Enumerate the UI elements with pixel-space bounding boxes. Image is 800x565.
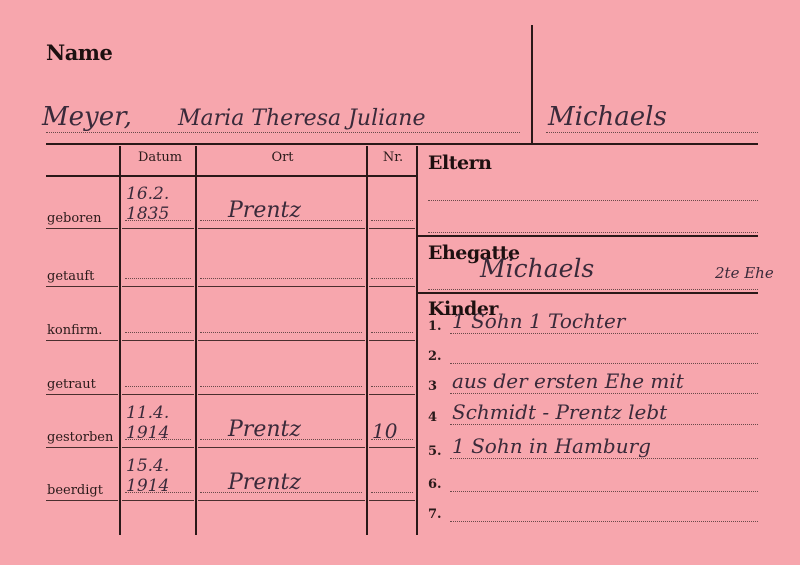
kinder-number: 5.	[428, 444, 442, 459]
kinder-dots	[450, 458, 758, 459]
row-rule	[46, 500, 118, 501]
row-label: gestorben	[47, 430, 113, 445]
ort-dots	[200, 278, 362, 279]
datum-rule	[122, 286, 194, 287]
kinder-text: 1 Sohn in Hamburg	[452, 434, 651, 458]
kinder-number: 4	[428, 410, 437, 425]
nr-rule	[369, 228, 415, 229]
name-label: Name	[46, 40, 112, 65]
kinder-number: 2.	[428, 349, 442, 364]
datum-rule	[122, 394, 194, 395]
kinder-number: 1.	[428, 319, 442, 334]
ort-value: Prentz	[228, 470, 301, 495]
datum-dots	[125, 278, 191, 279]
surname-handwritten: Meyer,	[42, 102, 132, 132]
ort-rule	[198, 228, 365, 229]
ort-rule	[198, 447, 365, 448]
datum-day: 16.2.	[126, 184, 169, 204]
ort-rule	[198, 340, 365, 341]
kinder-dots	[450, 521, 758, 522]
header-nr: Nr.	[368, 150, 418, 165]
ehegatte-line	[428, 289, 758, 290]
record-card: Name Meyer, Maria Theresa Juliane Michae…	[0, 0, 800, 565]
datum-day: 15.4.	[126, 456, 169, 476]
name-dotted-line	[46, 132, 520, 133]
kinder-text: aus der ersten Ehe mit	[452, 369, 684, 393]
kinder-number: 3	[428, 379, 437, 394]
married-name-handwritten: Michaels	[548, 102, 667, 132]
col-line-3	[366, 146, 368, 535]
datum-year: 1914	[126, 423, 169, 443]
nr-rule	[369, 286, 415, 287]
datum-rule	[122, 500, 194, 501]
kinder-text: 1 Sohn 1 Tochter	[452, 309, 625, 333]
datum-rule	[122, 228, 194, 229]
nr-dots	[371, 220, 413, 221]
datum-rule	[122, 340, 194, 341]
row-label: geboren	[47, 211, 101, 226]
datum-dots	[125, 332, 191, 333]
header-rule	[46, 175, 416, 177]
nr-value: 10	[372, 419, 397, 443]
row-rule	[46, 228, 118, 229]
row-label: beerdigt	[47, 483, 103, 498]
datum-rule	[122, 447, 194, 448]
datum-dots	[125, 386, 191, 387]
row-label: getauft	[47, 269, 94, 284]
given-names-handwritten: Maria Theresa Juliane	[178, 106, 425, 131]
kinder-text: Schmidt - Prentz lebt	[452, 400, 667, 424]
header-datum: Datum	[130, 150, 190, 165]
ort-value: Prentz	[228, 417, 301, 442]
ort-dots	[200, 332, 362, 333]
col-line-1	[119, 175, 121, 535]
col-line-4	[416, 146, 418, 535]
row-rule	[46, 447, 118, 448]
col-line-2	[195, 146, 197, 535]
eltern-line-1	[428, 200, 758, 201]
row-rule	[46, 394, 118, 395]
kinder-dots	[450, 363, 758, 364]
ort-dots	[200, 386, 362, 387]
nr-dots	[371, 278, 413, 279]
datum-year: 1914	[126, 476, 169, 496]
ehegatte-value: Michaels	[480, 254, 594, 283]
nr-rule	[369, 500, 415, 501]
kinder-dots	[450, 333, 758, 334]
row-rule	[46, 340, 118, 341]
datum-day: 11.4.	[126, 403, 169, 423]
nr-dots	[371, 386, 413, 387]
kinder-dots	[450, 424, 758, 425]
kinder-number: 6.	[428, 477, 442, 492]
datum-year: 1835	[126, 204, 169, 224]
nr-dots	[371, 492, 413, 493]
ort-rule	[198, 286, 365, 287]
eltern-line-2	[428, 232, 758, 233]
eltern-rule	[418, 235, 758, 237]
married-name-dotted-line	[546, 132, 758, 133]
nr-rule	[369, 394, 415, 395]
ehegatte-note: 2te Ehe	[715, 264, 774, 282]
nr-dots	[371, 332, 413, 333]
header-ort: Ort	[200, 150, 365, 165]
kinder-number: 7.	[428, 507, 442, 522]
ort-rule	[198, 500, 365, 501]
ort-rule	[198, 394, 365, 395]
kinder-dots	[450, 491, 758, 492]
row-label: getraut	[47, 377, 96, 392]
nr-rule	[369, 340, 415, 341]
main-rule	[46, 143, 758, 145]
name-divider	[531, 25, 533, 143]
eltern-label: Eltern	[428, 152, 491, 174]
row-label: konfirm.	[47, 323, 102, 338]
kinder-dots	[450, 393, 758, 394]
nr-rule	[369, 447, 415, 448]
ort-value: Prentz	[228, 198, 301, 223]
ehegatte-rule	[418, 292, 758, 294]
row-rule	[46, 286, 118, 287]
